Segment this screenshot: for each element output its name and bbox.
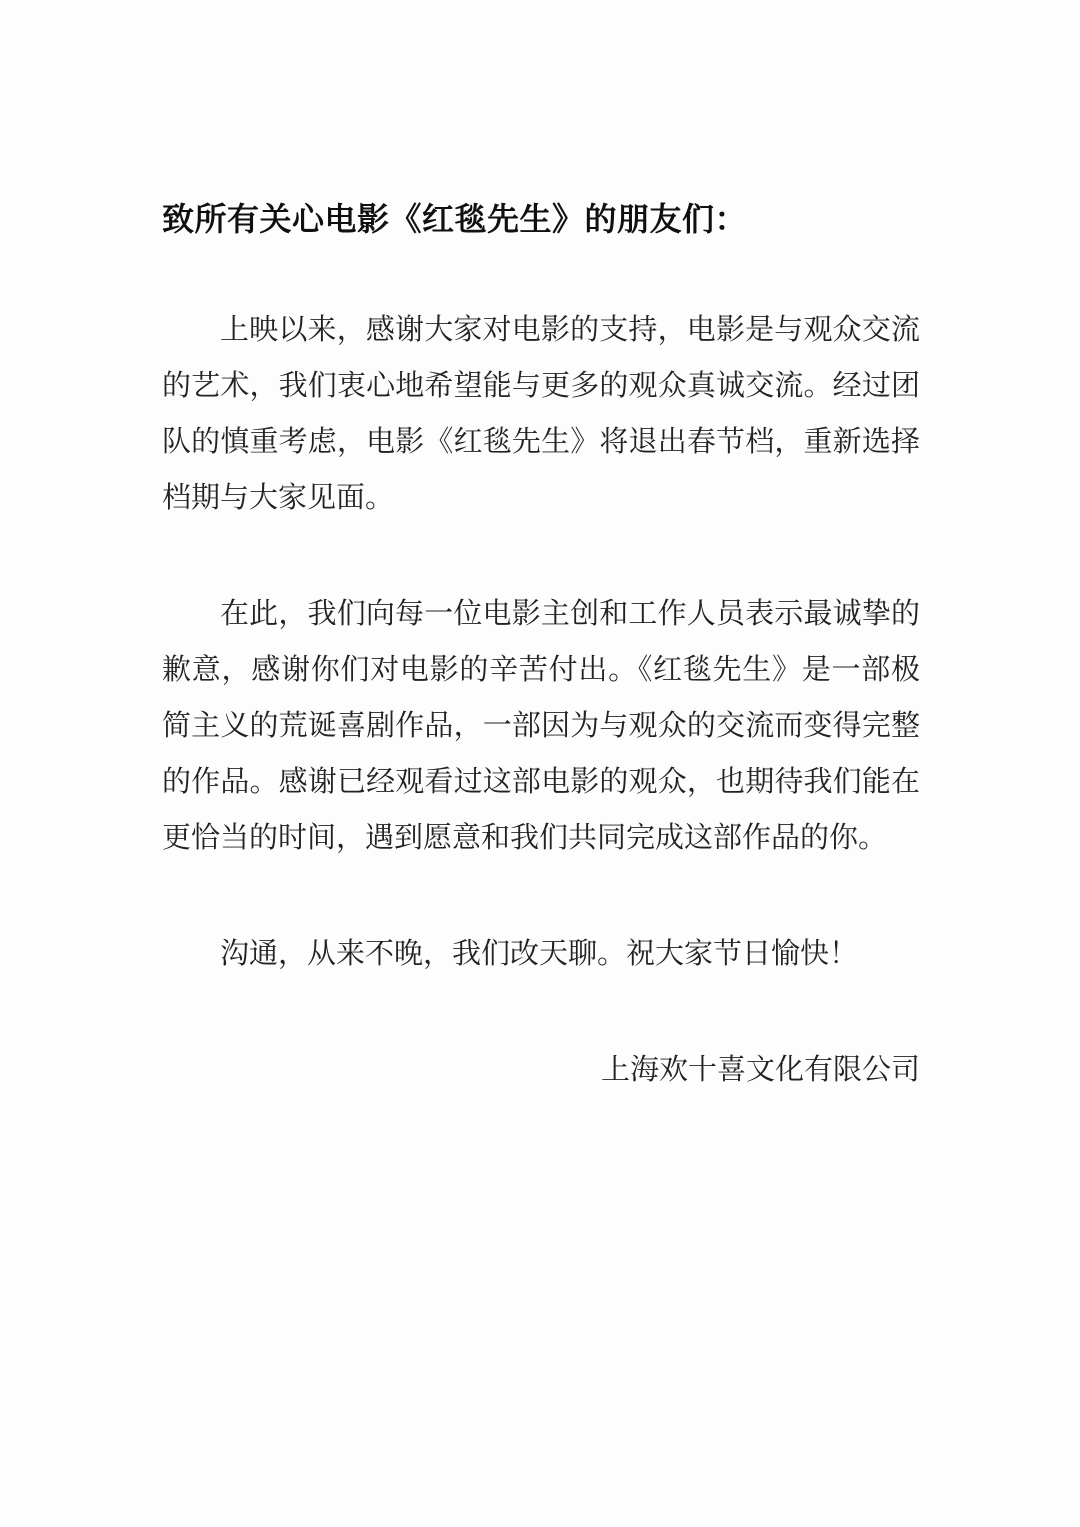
- signature: 上海欢十喜文化有限公司: [162, 1042, 920, 1098]
- letter-paragraph-2: 在此，我们向每一位电影主创和工作人员表示最诚挚的歉意，感谢你们对电影的辛苦付出。…: [162, 586, 920, 866]
- letter-paragraph-3: 沟通，从来不晚，我们改天聊。祝大家节日愉快！: [162, 926, 920, 982]
- letter-page: 致所有关心电影《红毯先生》的朋友们： 上映以来，感谢大家对电影的支持，电影是与观…: [0, 0, 1080, 1527]
- letter-paragraph-1: 上映以来，感谢大家对电影的支持，电影是与观众交流的艺术，我们衷心地希望能与更多的…: [162, 302, 920, 526]
- letter-title: 致所有关心电影《红毯先生》的朋友们：: [162, 196, 920, 242]
